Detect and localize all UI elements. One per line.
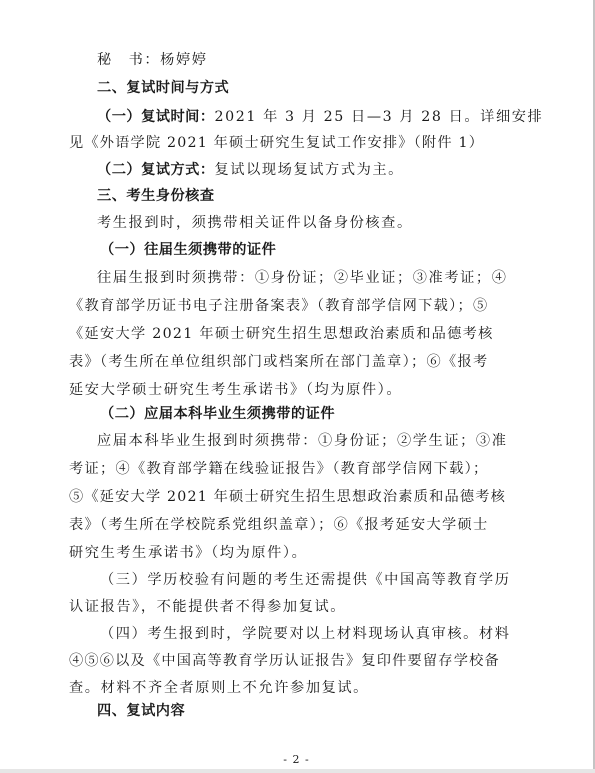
previous-graduates-line-4: 表》（考生所在单位组织部门或档案所在部门盖章）；⑥《报考 <box>69 352 488 372</box>
document-page: 秘 书：杨婷婷 二、复试时间与方式 （一）复试时间：2021 年 3 月 25 … <box>0 0 595 769</box>
previous-graduates-line-2: 《教育部学历证书电子注册备案表》（教育部学信网下载）；⑤ <box>69 296 488 316</box>
viewer-bottom-edge <box>0 769 595 773</box>
previous-graduates-line-3: 《延安大学 2021 年硕士研究生招生思想政治素质和品德考核 <box>69 324 494 344</box>
exam-time-paragraph-line-2: 见《外语学院 2021 年硕士研究生复试工作安排》（附件 1） <box>69 133 484 153</box>
exam-method-paragraph: （二）复试方式：复试以现场复试方式为主。 <box>97 160 404 180</box>
previous-graduates-line-1: 往届生报到时须携带：①身份证；②毕业证；③准考证；④ <box>97 268 507 288</box>
section-4-heading: 四、复试内容 <box>97 701 185 721</box>
exam-time-paragraph-line-1: （一）复试时间：2021 年 3 月 25 日—3 月 28 日。详细安排 <box>97 107 543 127</box>
fresh-graduates-line-3: ⑤《延安大学 2021 年硕士研究生招生思想政治素质和品德考核 <box>69 487 506 507</box>
fresh-graduates-line-2: 考证；④《教育部学籍在线验证报告》（教育部学信网下载）； <box>69 459 488 479</box>
previous-graduates-heading: （一）往届生须携带的证件 <box>100 240 276 260</box>
material-review-line-3: 查。材料不齐全者原则上不允许参加复试。 <box>69 678 369 698</box>
fresh-graduates-line-4: 表》（考生所在学校院系党组织盖章）；⑥《报考延安大学硕士 <box>69 515 488 535</box>
exam-method-label: （二）复试方式： <box>97 162 215 178</box>
fresh-graduates-line-1: 应届本科毕业生报到时须携带：①身份证；②学生证；③准 <box>97 431 507 451</box>
page-number: - 2 - <box>0 753 593 767</box>
exam-time-text: 2021 年 3 月 25 日—3 月 28 日。详细安排 <box>215 109 544 125</box>
secretary-line: 秘 书：杨婷婷 <box>97 50 208 70</box>
section-3-heading: 三、考生身份核查 <box>97 186 215 206</box>
material-review-line-2: ④⑤⑥以及《中国高等教育学历认证报告》复印件要留存学校备 <box>69 651 500 671</box>
previous-graduates-line-5: 延安大学硕士研究生考生承诺书》（均为原件）。 <box>69 380 402 400</box>
exam-method-text: 复试以现场复试方式为主。 <box>215 162 404 178</box>
fresh-graduates-line-5: 研究生考生承诺书》（均为原件）。 <box>69 543 307 563</box>
material-review-line-1: （四）考生报到时，学院要对以上材料现场认真审核。材料 <box>100 624 510 644</box>
credential-check-line-2: 认证报告》，不能提供者不得参加复试。 <box>69 597 346 617</box>
exam-time-label: （一）复试时间： <box>97 109 215 125</box>
section-3-intro: 考生报到时，须携带相关证件以备身份核查。 <box>97 213 413 233</box>
section-2-heading: 二、复试时间与方式 <box>97 78 229 98</box>
credential-check-line-1: （三）学历校验有问题的考生还需提供《中国高等教育学历 <box>100 570 510 590</box>
fresh-graduates-heading: （二）应届本科毕业生须携带的证件 <box>100 404 335 424</box>
